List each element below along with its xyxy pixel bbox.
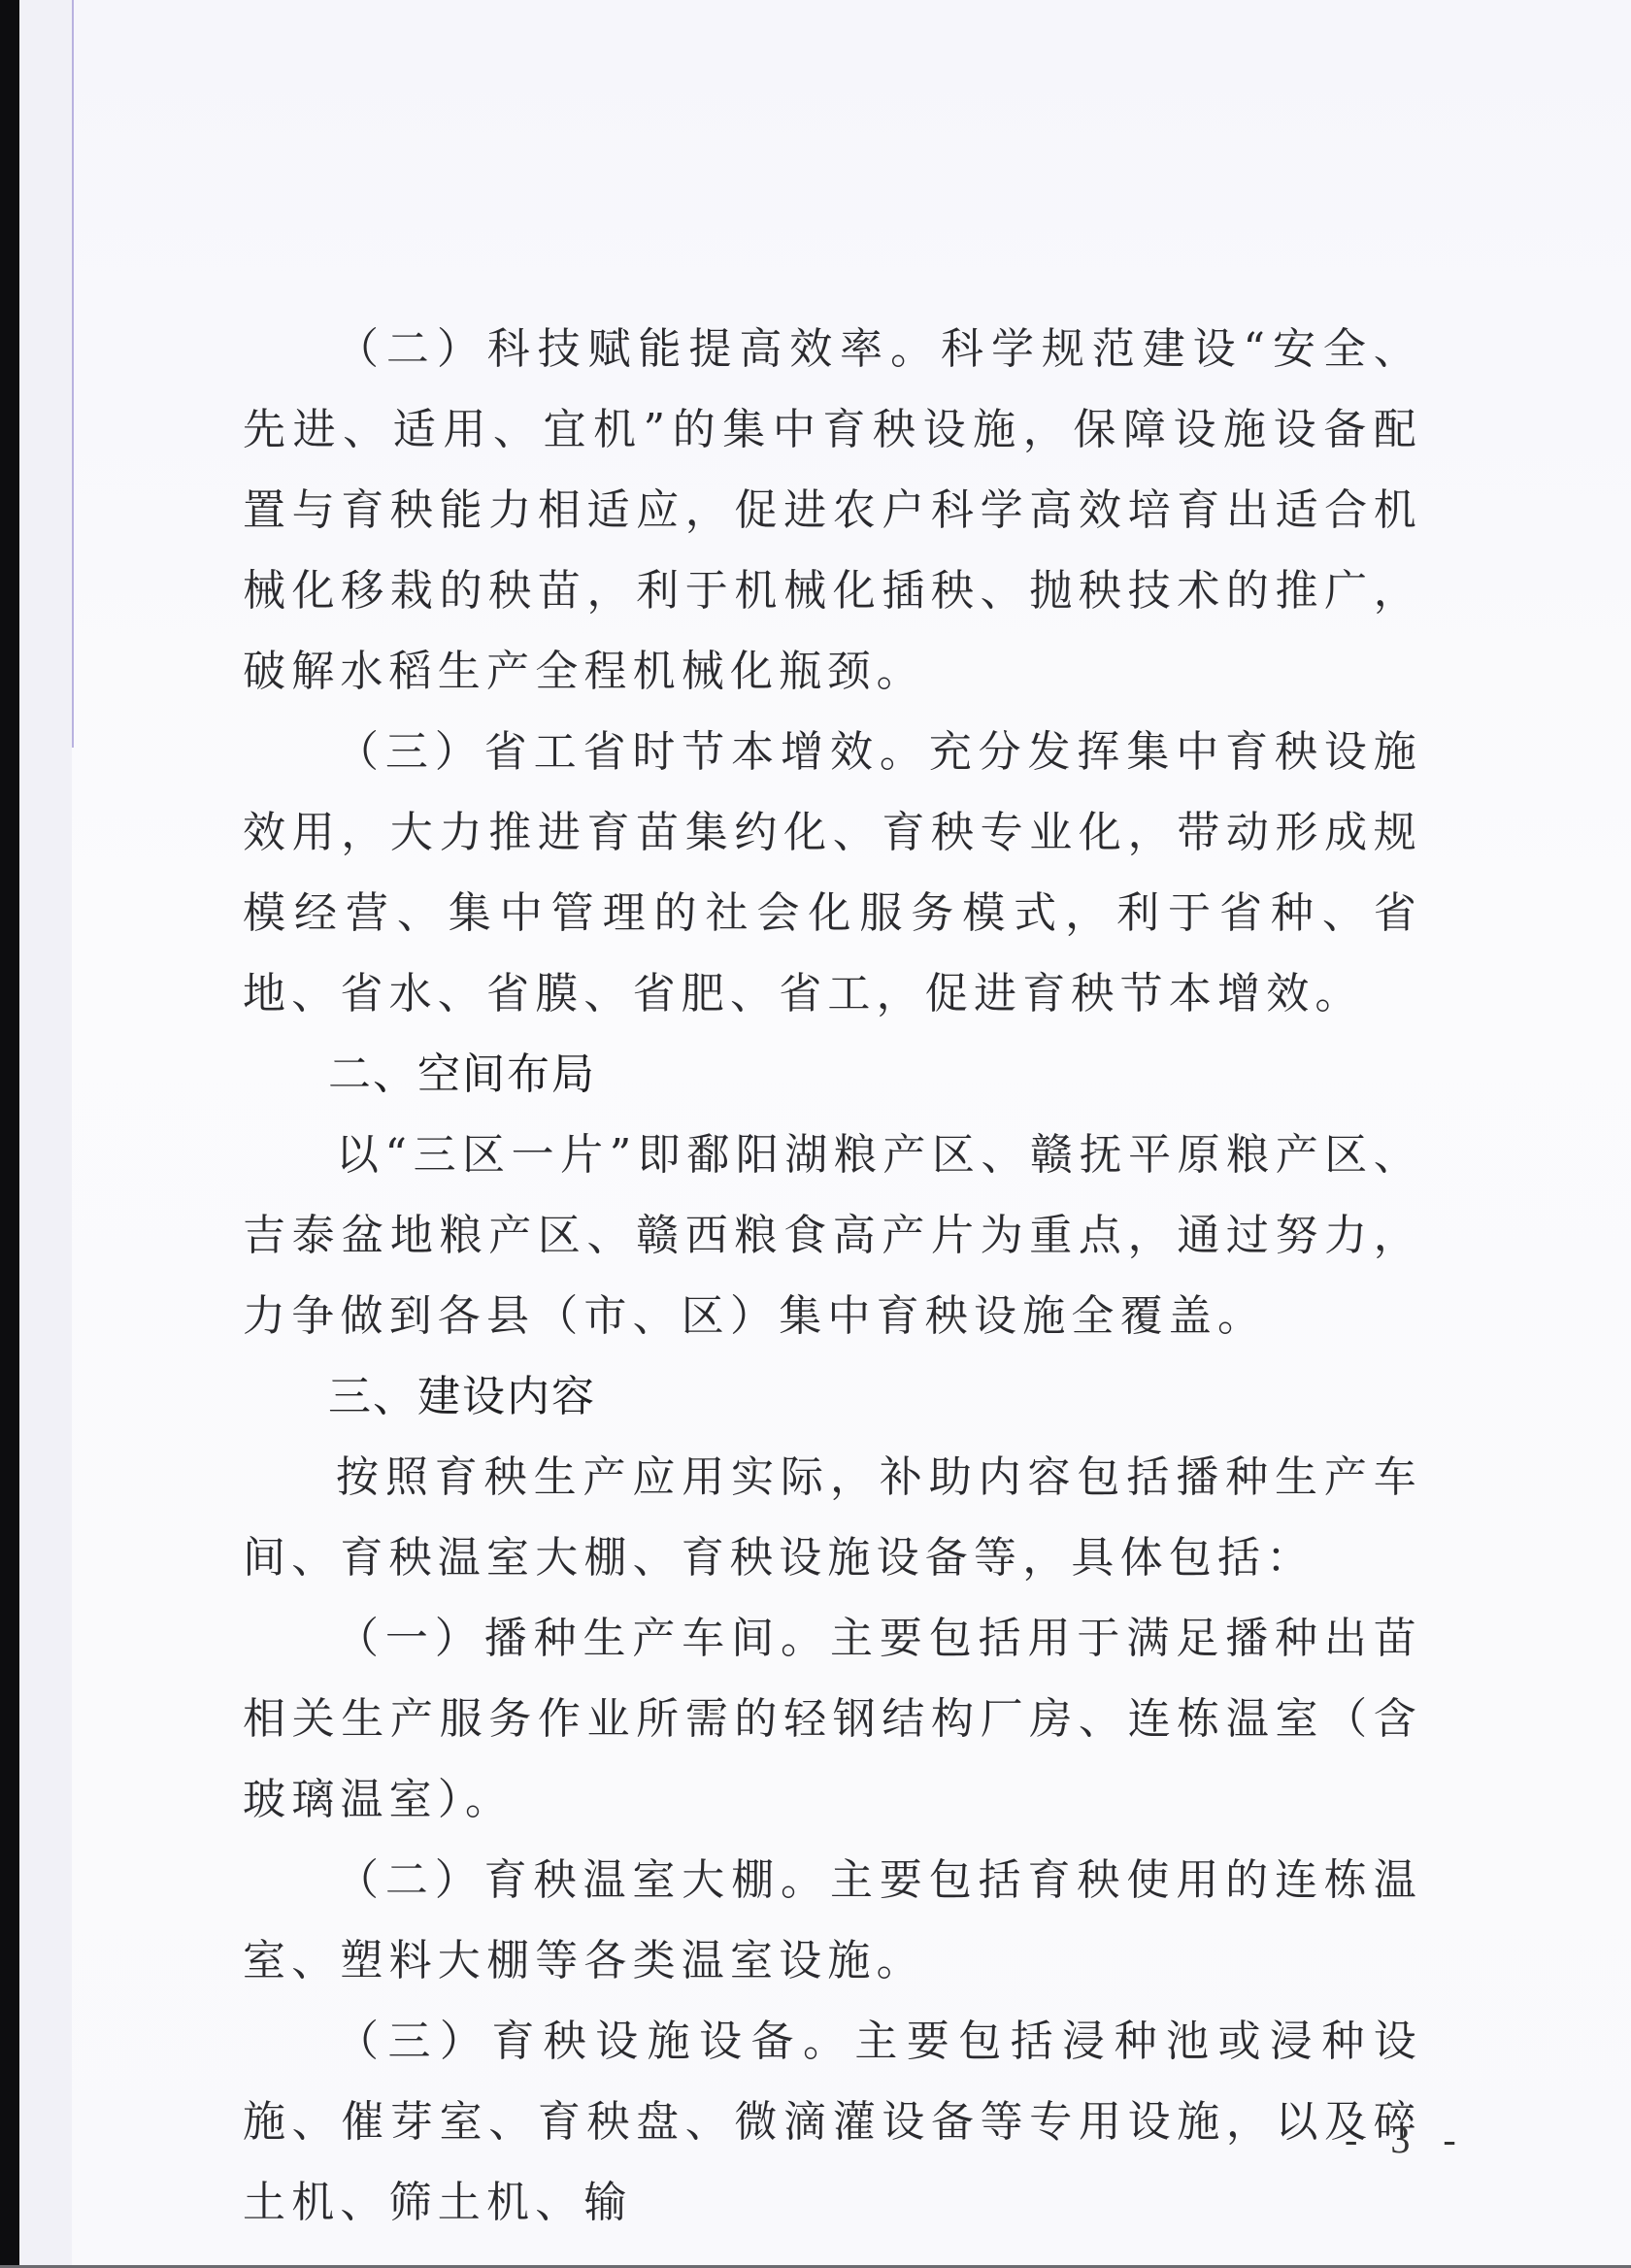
paragraph-save-labor-cost: （三）省工省时节本增效。充分发挥集中育秧设施效用，大力推进育苗集约化、育秧专业化… [243,712,1422,1034]
paragraph-spatial-layout: 以“三区一片”即鄱阳湖粮产区、赣抚平原粮产区、吉泰盆地粮产区、赣西粮食高产片为重… [243,1115,1422,1356]
page-number: - 3 - [1345,2117,1468,2162]
paragraph-construction-intro: 按照育秧生产应用实际，补助内容包括播种生产车间、育秧温室大棚、育秧设施设备等，具… [243,1437,1422,1598]
paragraph-facilities-equipment: （三）育秧设施设备。主要包括浸种池或浸种设施、催芽室、育秧盘、微滴灌设备等专用设… [243,2001,1422,2243]
heading-construction-content: 三、建设内容 [243,1356,1422,1437]
document-body: （二）科技赋能提高效率。科学规范建设“安全、先进、适用、宜机”的集中育秧设施，保… [243,309,1422,2243]
document-page: （二）科技赋能提高效率。科学规范建设“安全、先进、适用、宜机”的集中育秧设施，保… [0,0,1631,2268]
paragraph-tech-efficiency: （二）科技赋能提高效率。科学规范建设“安全、先进、适用、宜机”的集中育秧设施，保… [243,309,1422,712]
scan-margin [19,0,72,2268]
heading-spatial-layout: 二、空间布局 [243,1034,1422,1115]
margin-line [72,0,74,748]
paragraph-sowing-workshop: （一）播种生产车间。主要包括用于满足播种出苗相关生产服务作业所需的轻钢结构厂房、… [243,1598,1422,1840]
scan-edge-left [0,0,19,2268]
paragraph-greenhouse: （二）育秧温室大棚。主要包括育秧使用的连栋温室、塑料大棚等各类温室设施。 [243,1840,1422,2001]
